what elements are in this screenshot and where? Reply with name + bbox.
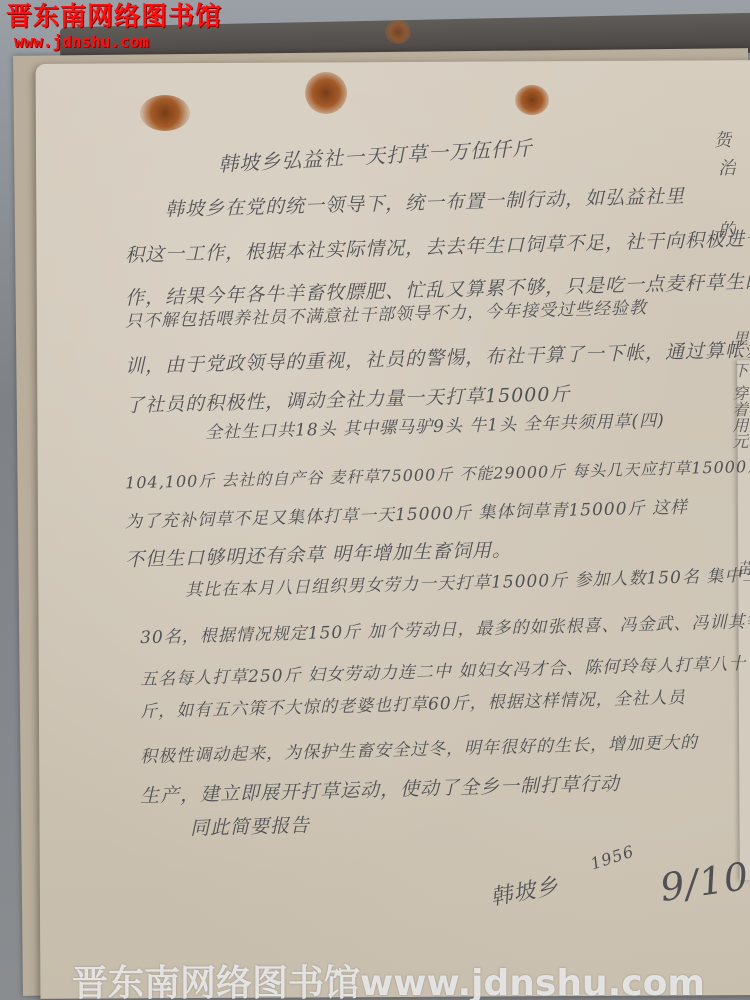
watermark-library-name: 晋东南网络图书馆 (6, 2, 222, 32)
margin-note: 治 (712, 158, 738, 176)
watermark-bottom: 晋东南网络图书馆www.jdnshu.com (72, 955, 705, 1000)
closing-line: 同此简要报告 (190, 810, 311, 840)
margin-note: 的 (712, 220, 738, 238)
rust-stain-top (385, 20, 411, 44)
watermark-top: 晋东南网络图书馆 www.jdnshu.com (6, 2, 222, 52)
rust-stain-center (305, 72, 347, 114)
margin-note: 穿着用元 (728, 385, 750, 449)
rust-stain-left (140, 95, 190, 131)
margin-note: 苗 (732, 560, 750, 576)
watermark-url: www.jdnshu.com (6, 32, 222, 52)
margin-note: 里、下 (728, 330, 750, 378)
rust-stain-right (515, 85, 549, 115)
margin-note: 贺 (708, 130, 734, 148)
